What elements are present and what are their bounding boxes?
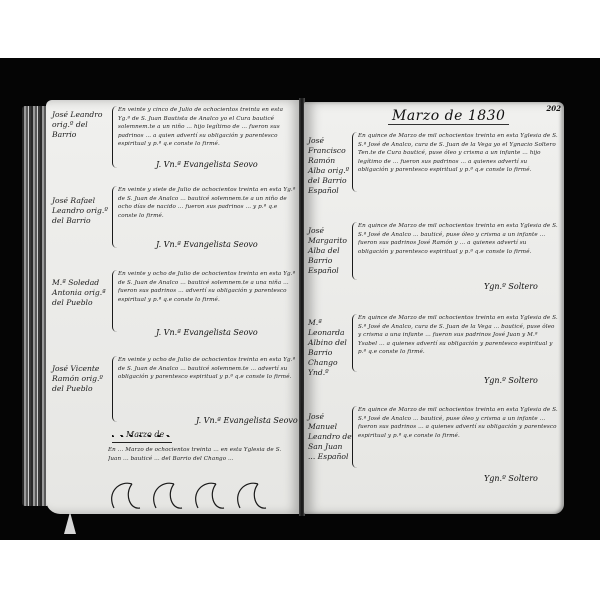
entry-brace xyxy=(352,406,357,468)
final-note-text: En ... Marzo de ochocientos treinta ... … xyxy=(108,446,288,480)
margin-note: José Margarito Alba del Barrio Español xyxy=(308,226,352,276)
entry-brace xyxy=(352,222,357,280)
margin-note: José Manuel Leandro de San Juan ... Espa… xyxy=(308,412,352,462)
signature: Ygn.º Soltero xyxy=(484,376,538,385)
entry-text: En quince de Marzo de mil ochocientos tr… xyxy=(358,314,558,374)
right-page: 202 Marzo de 1830 José Francisco Ramón A… xyxy=(304,102,564,514)
margin-note: José Francisco Ramón Alba orig.º del Bar… xyxy=(308,136,352,196)
signature: J. Vn.ª Evangelista Seovo xyxy=(156,328,258,337)
signature: J. Vn.ª Evangelista Seovo xyxy=(196,416,298,425)
page-stack-edge xyxy=(22,106,48,506)
scanned-register-image: José Leandro orig.º del Barrio En veinte… xyxy=(0,58,600,540)
entry-text: En quince de Marzo de mil ochocientos tr… xyxy=(358,132,558,192)
margin-note: José Rafael Leandro orig.º del Barrio xyxy=(52,196,110,226)
signature: J. Vn.ª Evangelista Seovo xyxy=(156,240,258,249)
page-heading: Marzo de 1830 xyxy=(388,108,509,125)
margin-note: M.ª Soledad Antonia orig.ª del Pueblo xyxy=(52,278,110,308)
margin-note: José Vicente Ramón orig.º del Pueblo xyxy=(52,364,110,394)
margin-note: M.ª Leonarda Albino del Barrio Chango Yn… xyxy=(308,318,352,378)
entry-brace xyxy=(112,356,117,422)
entry-brace xyxy=(352,314,357,372)
signature: Ygn.º Soltero xyxy=(484,474,538,483)
signature: Ygn.º Soltero xyxy=(484,282,538,291)
page-tab xyxy=(64,512,76,534)
entry-text: En veinte y siete de Julio de ochociento… xyxy=(118,186,296,238)
entry-brace xyxy=(352,132,357,192)
crossed-out-heading: Marzo de xyxy=(112,430,172,443)
signature: J. Vn.ª Evangelista Seovo xyxy=(156,160,258,169)
flourish-scroll-icon xyxy=(106,478,296,514)
entry-text: En veinte y cinco de Julio de ochociento… xyxy=(118,106,296,158)
entry-brace xyxy=(112,106,117,168)
entry-brace xyxy=(112,186,117,248)
entry-text: En veinte y ocho de Julio de ochocientos… xyxy=(118,356,296,412)
entry-text: En quince de Marzo de mil ochocientos tr… xyxy=(358,222,558,282)
entry-brace xyxy=(112,270,117,332)
margin-note: José Leandro orig.º del Barrio xyxy=(52,110,110,140)
left-page: José Leandro orig.º del Barrio En veinte… xyxy=(46,100,302,514)
entry-text: En veinte y ocho de Julio de ochocientos… xyxy=(118,270,296,326)
page-number: 202 xyxy=(546,104,561,113)
entry-text: En quince de Marzo de mil ochocientos tr… xyxy=(358,406,558,470)
